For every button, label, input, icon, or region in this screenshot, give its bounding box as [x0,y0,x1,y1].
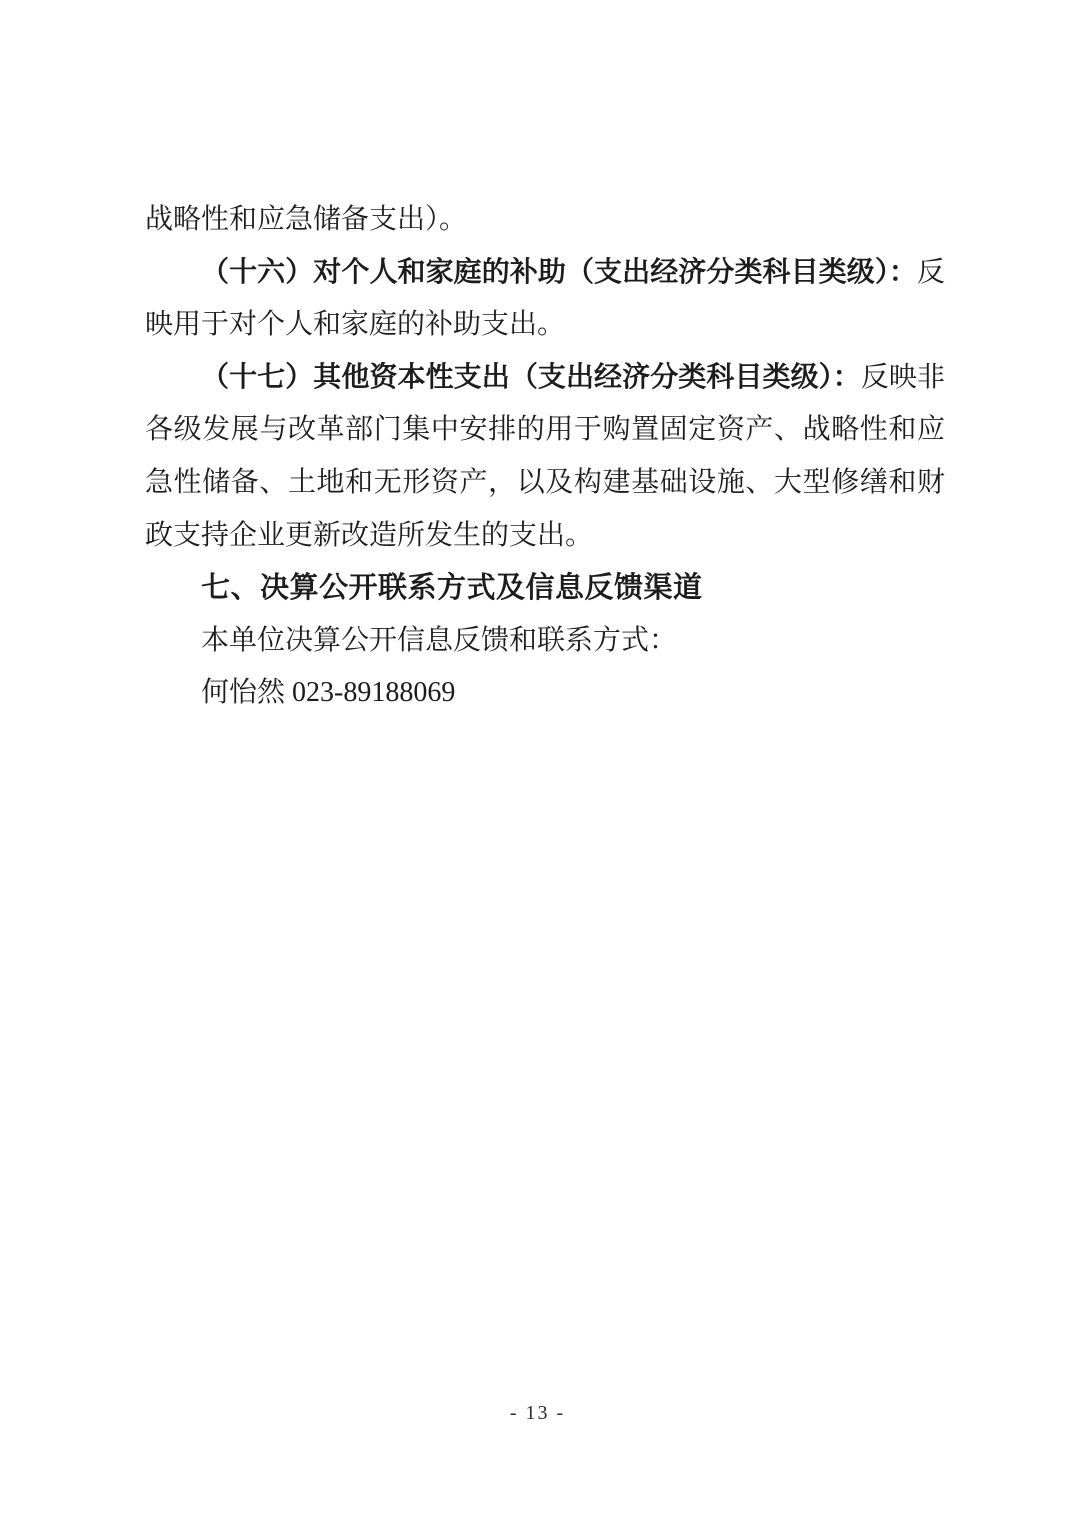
paragraph-continuation: 战略性和应急储备支出）。 [145,194,945,247]
document-body: 战略性和应急储备支出）。 （十六）对个人和家庭的补助（支出经济分类科目类级）：反… [145,194,945,720]
paragraph-continuation-text: 战略性和应急储备支出）。 [145,204,467,235]
paragraph-contact-detail: 何怡然 023-89188069 [145,667,945,720]
section-heading-contact: 七、决算公开联系方式及信息反馈渠道 [145,562,945,615]
contact-detail-text: 何怡然 023-89188069 [201,677,455,708]
document-page: 战略性和应急储备支出）。 （十六）对个人和家庭的补助（支出经济分类科目类级）：反… [0,0,1075,1520]
item-16-subheading: （十六）对个人和家庭的补助（支出经济分类科目类级）： [201,257,917,288]
page-footer: - 13 - [0,1402,1075,1425]
item-17-subheading: （十七）其他资本性支出（支出经济分类科目类级）： [201,362,861,393]
paragraph-contact-intro: 本单位决算公开信息反馈和联系方式： [145,615,945,668]
contact-intro-text: 本单位决算公开信息反馈和联系方式： [201,625,677,656]
paragraph-item-17: （十七）其他资本性支出（支出经济分类科目类级）：反映非各级发展与改革部门集中安排… [145,352,945,562]
paragraph-item-16: （十六）对个人和家庭的补助（支出经济分类科目类级）：反映用于对个人和家庭的补助支… [145,247,945,352]
page-number: - 13 - [510,1402,565,1424]
